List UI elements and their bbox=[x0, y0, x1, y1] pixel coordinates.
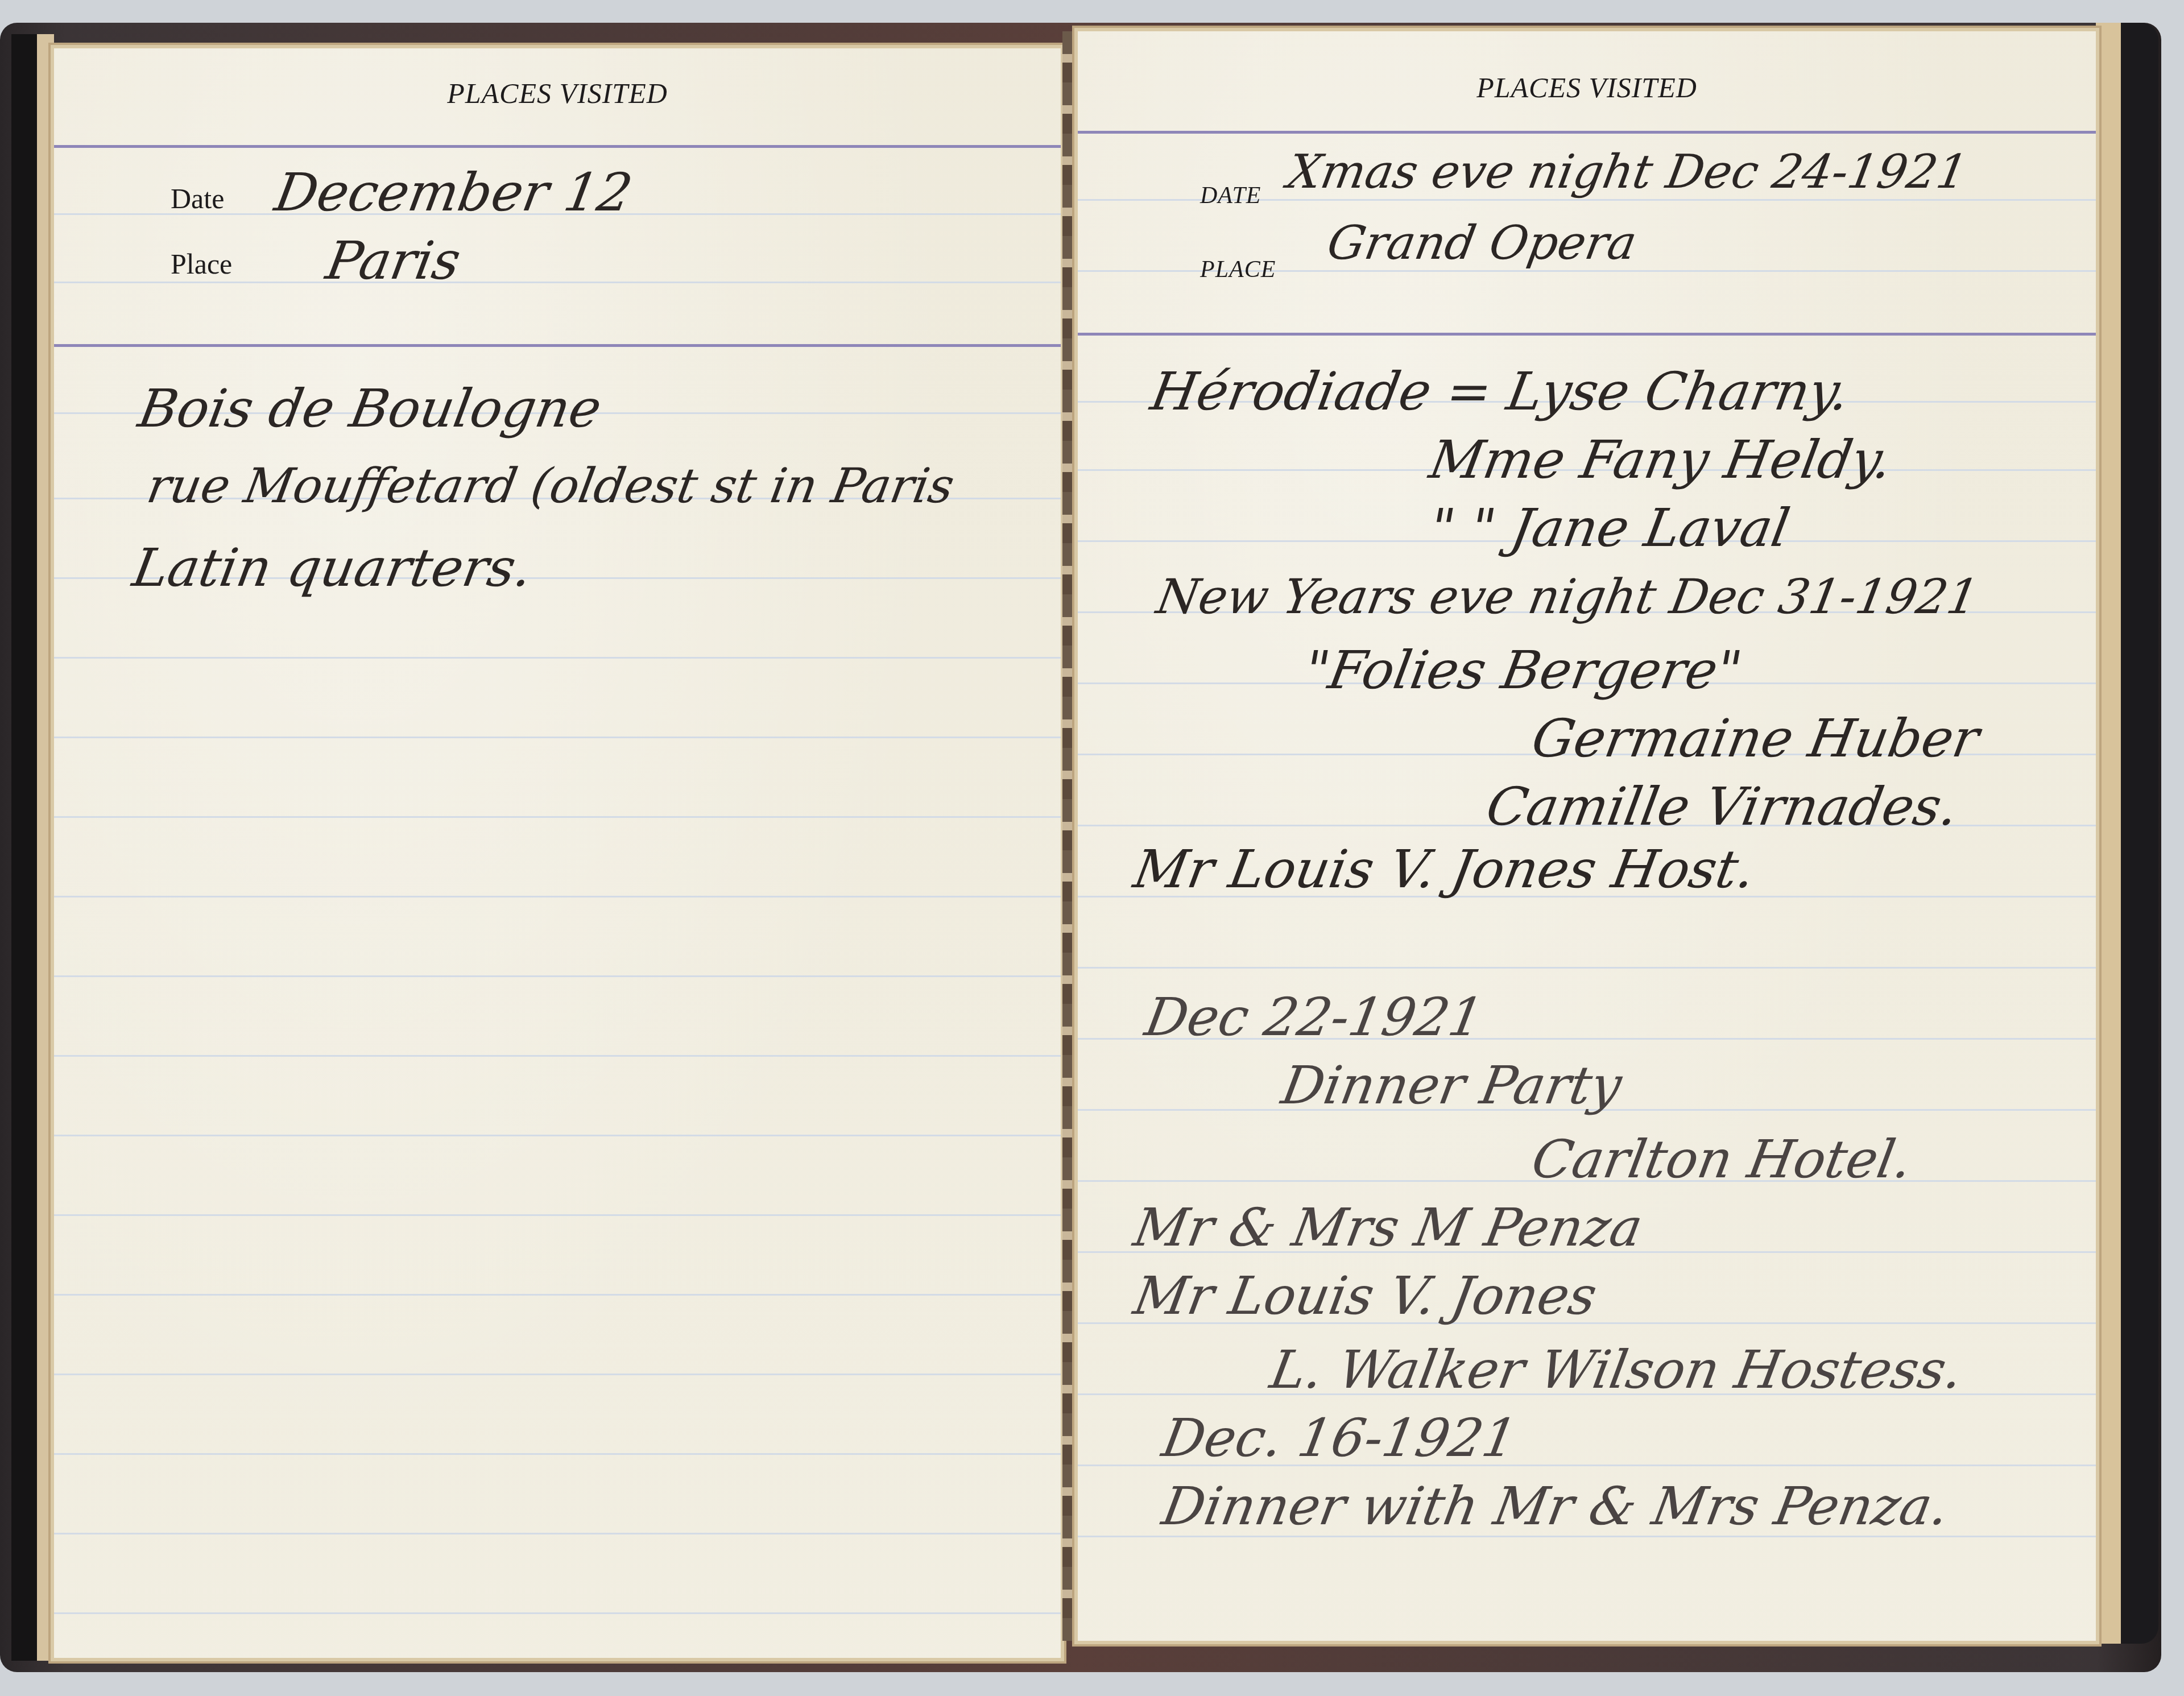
entry-line: Carlton Hotel. bbox=[1528, 1129, 1917, 1190]
ruled-line bbox=[54, 282, 1061, 283]
entry-line: Germaine Huber bbox=[1528, 708, 1984, 769]
header-rule bbox=[54, 145, 1061, 148]
entry-line: rue Mouffetard (oldest st in Paris bbox=[143, 458, 958, 514]
date-value: Xmas eve night Dec 24-1921 bbox=[1284, 145, 1972, 199]
place-label: PLACE bbox=[1200, 256, 1276, 283]
entry-line: Dec. 16-1921 bbox=[1158, 1408, 1521, 1469]
page-header: PLACES VISITED bbox=[54, 77, 1061, 110]
date-label: DATE bbox=[1200, 182, 1261, 209]
ruled-line bbox=[54, 975, 1061, 977]
ruled-line bbox=[54, 1533, 1061, 1534]
date-label: Date bbox=[171, 182, 224, 215]
right-cover-edge bbox=[2096, 23, 2158, 1644]
entry-line: Mme Fany Heldy. bbox=[1425, 429, 1897, 490]
left-page: PLACES VISITED Date Place December 12 Pa… bbox=[54, 48, 1061, 1658]
entry-line: " " Jane Laval bbox=[1425, 498, 1794, 559]
ruled-line bbox=[54, 1135, 1061, 1136]
left-cover-edge bbox=[11, 34, 54, 1661]
ruled-line bbox=[54, 1055, 1061, 1057]
place-value: Grand Opera bbox=[1323, 216, 1641, 270]
ruled-line bbox=[54, 896, 1061, 897]
entry-line: Dinner with Mr & Mrs Penza. bbox=[1158, 1476, 1954, 1537]
entry-line: New Years eve night Dec 31-1921 bbox=[1152, 569, 1983, 624]
ruled-line bbox=[54, 1453, 1061, 1455]
entry-line: Bois de Boulogne bbox=[134, 378, 606, 439]
entry-line: Camille Virnades. bbox=[1482, 776, 1963, 837]
entry-line: Dec 22-1921 bbox=[1141, 987, 1488, 1048]
book-spine bbox=[1062, 31, 1078, 1641]
entry-line: L. Walker Wilson Hostess. bbox=[1266, 1339, 1968, 1400]
entry-line: "Folies Bergere" bbox=[1300, 640, 1747, 701]
entry-line: Hérodiade = Lyse Charny. bbox=[1147, 361, 1854, 422]
entry-line: Dinner Party bbox=[1277, 1055, 1627, 1116]
ruled-line bbox=[54, 657, 1061, 659]
ruled-line bbox=[54, 737, 1061, 738]
entry-line: Mr Louis V. Jones bbox=[1130, 1265, 1602, 1326]
ruled-line bbox=[1078, 967, 2096, 969]
ruled-line bbox=[54, 1612, 1061, 1614]
place-value: Paris bbox=[322, 230, 465, 291]
place-label: Place bbox=[171, 247, 232, 280]
ruled-line bbox=[54, 816, 1061, 818]
ruled-line bbox=[54, 1374, 1061, 1375]
ruled-line bbox=[54, 1214, 1061, 1216]
entry-line: Mr Louis V. Jones Host. bbox=[1130, 839, 1760, 900]
ruled-line bbox=[54, 1294, 1061, 1296]
section-rule bbox=[1078, 333, 2096, 336]
section-rule bbox=[54, 344, 1061, 347]
date-value: December 12 bbox=[271, 162, 637, 223]
header-rule bbox=[1078, 131, 2096, 134]
entry-line: Latin quarters. bbox=[129, 537, 537, 598]
right-page: PLACES VISITED DATE PLACE Xmas eve night… bbox=[1078, 31, 2096, 1641]
entry-line: Mr & Mrs M Penza bbox=[1130, 1197, 1647, 1258]
page-header: PLACES VISITED bbox=[1078, 71, 2096, 104]
